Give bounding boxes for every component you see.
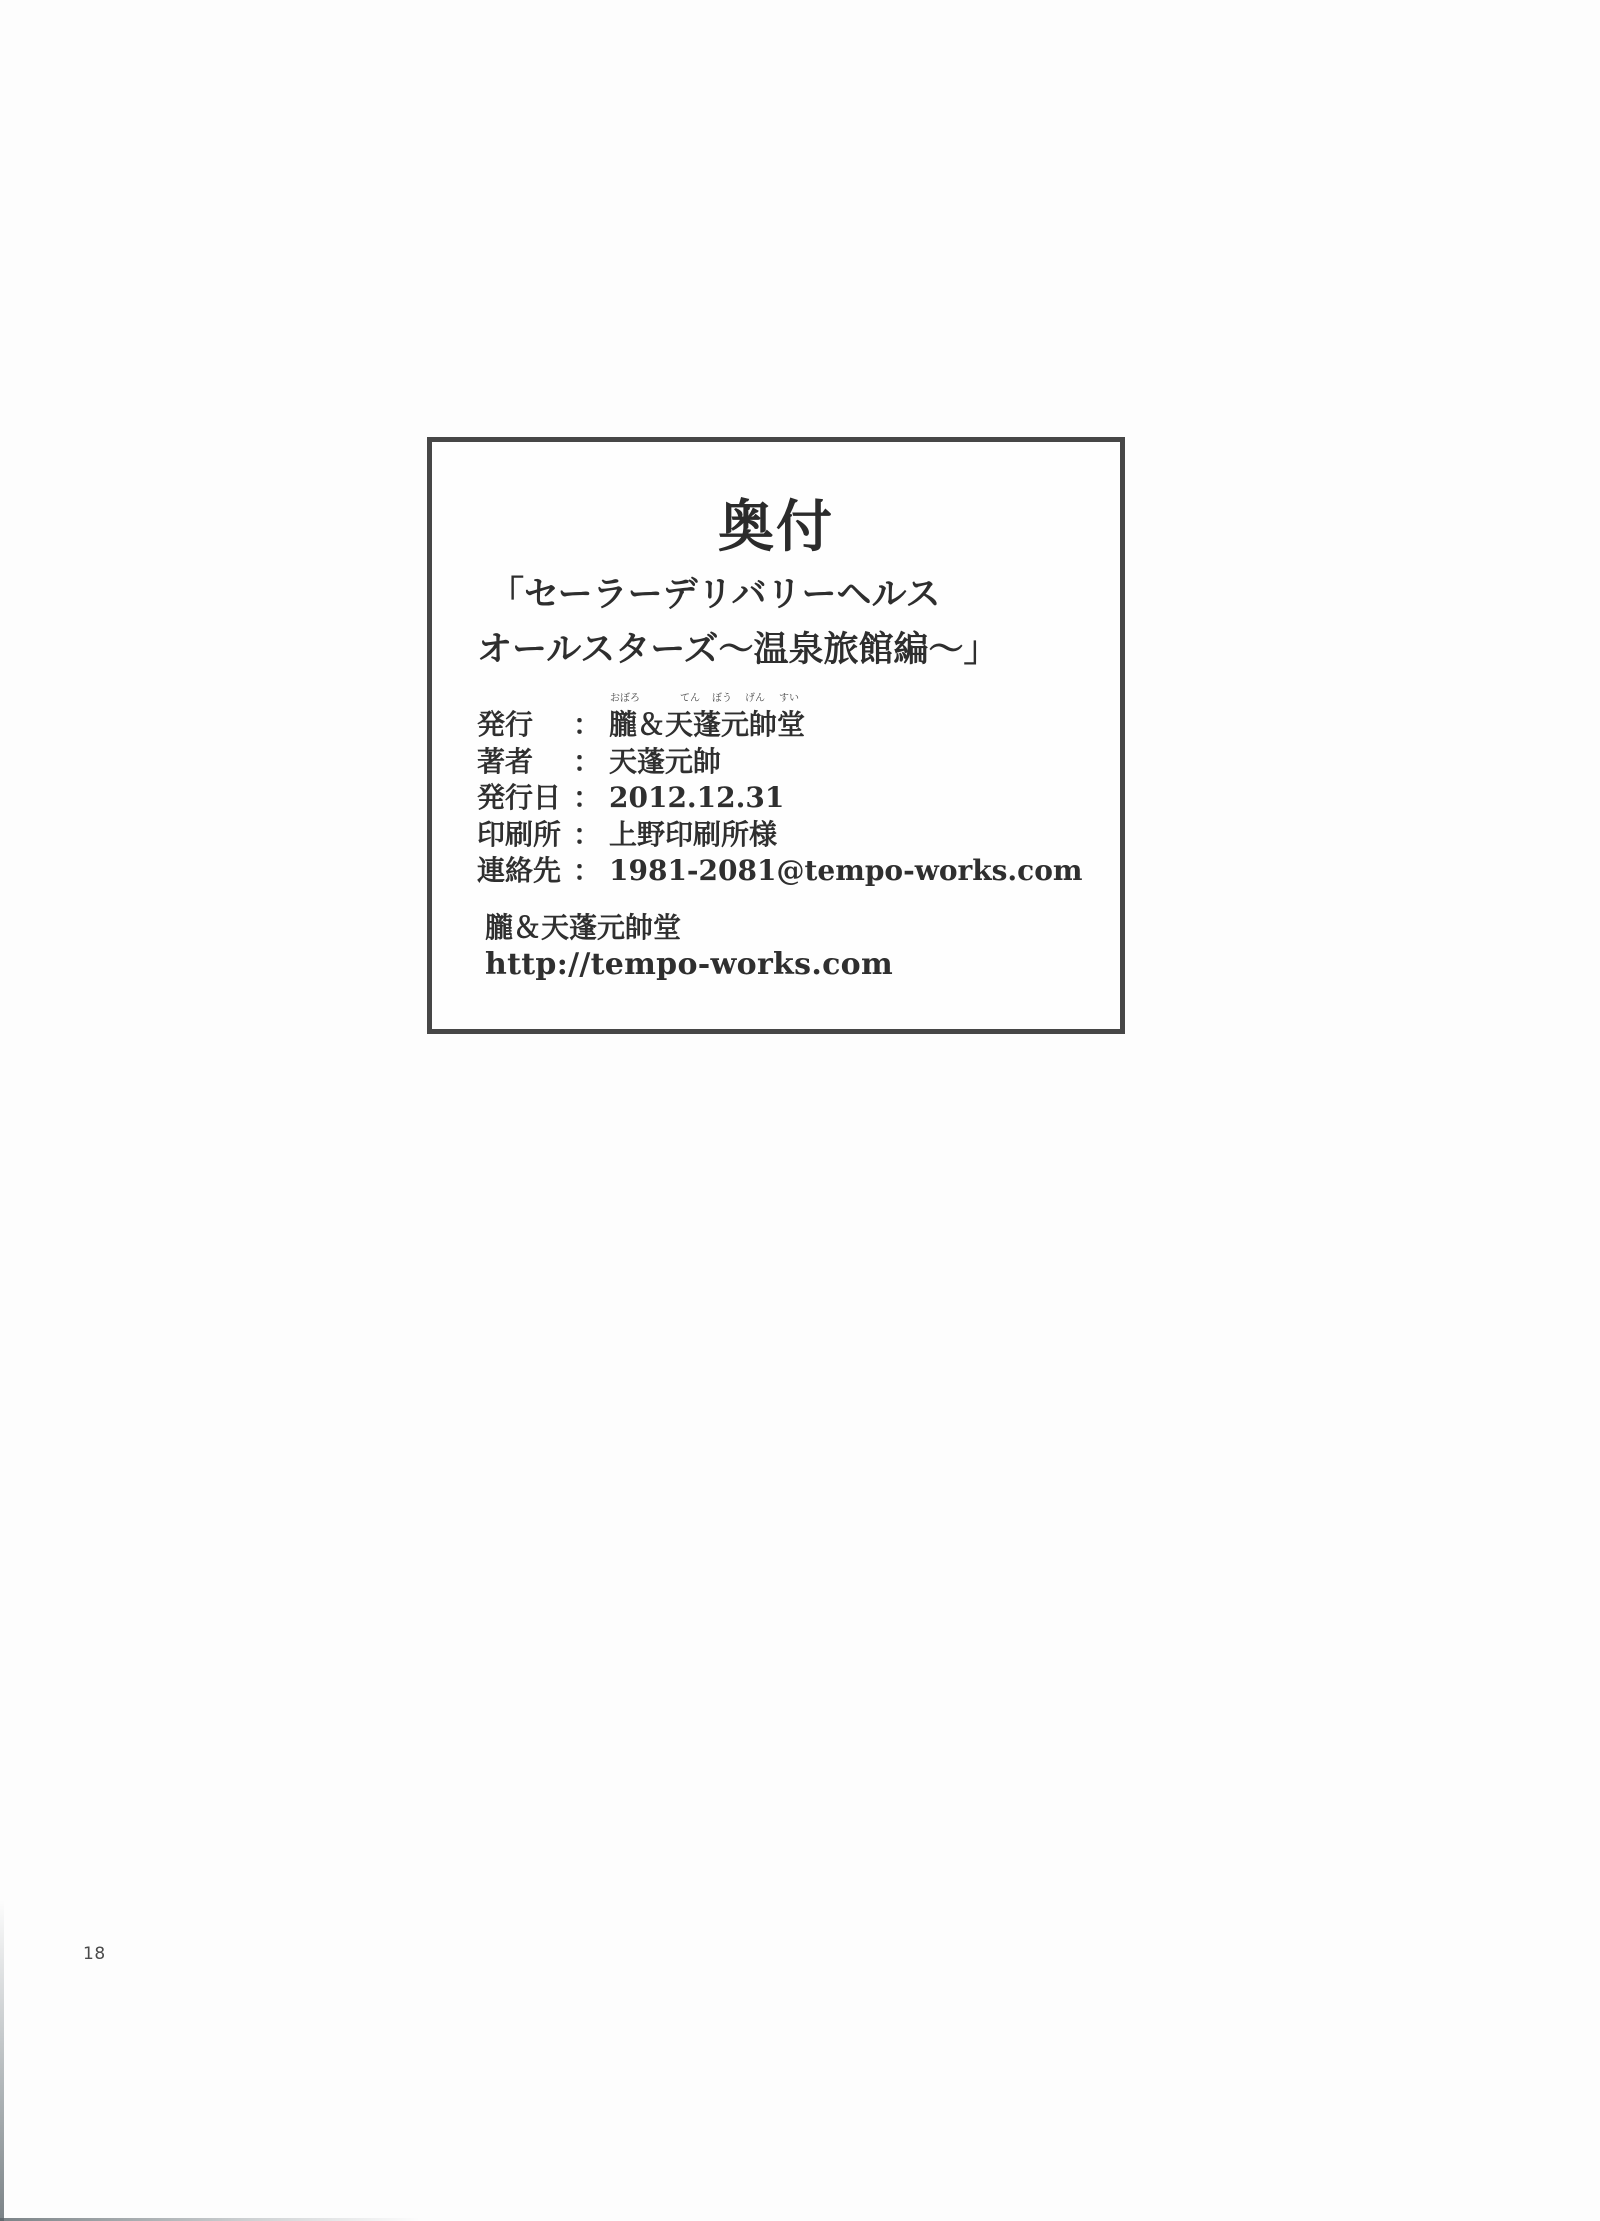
detail-row-author: 著者 ： 天蓬元帥 bbox=[477, 744, 1117, 781]
page-number: 18 bbox=[83, 1944, 106, 1964]
detail-colon: ： bbox=[565, 853, 609, 889]
furigana-row: おぼろ てん ぼう げん すい bbox=[477, 690, 1117, 707]
detail-value: 2012.12.31 bbox=[609, 780, 784, 816]
detail-value: 天蓬元帥 bbox=[609, 744, 721, 780]
detail-label: 発行日 bbox=[477, 780, 565, 816]
colophon-details: おぼろ てん ぼう げん すい 発行 ： 朧＆天蓬元帥堂 著者 ： 天蓬元帥 発… bbox=[477, 690, 1117, 890]
furigana-oboro: おぼろ bbox=[610, 690, 640, 707]
detail-label: 印刷所 bbox=[477, 817, 565, 853]
furigana-gen: げん bbox=[745, 690, 765, 707]
circle-name: 朧＆天蓬元帥堂 bbox=[485, 910, 893, 946]
scan-edge-shadow-left bbox=[0, 1900, 4, 2221]
detail-colon: ： bbox=[565, 817, 609, 853]
detail-row-printer: 印刷所 ： 上野印刷所様 bbox=[477, 817, 1117, 854]
detail-value: 朧＆天蓬元帥堂 bbox=[609, 707, 805, 743]
detail-label: 著者 bbox=[477, 744, 565, 780]
detail-label: 発行 bbox=[477, 707, 565, 743]
detail-colon: ： bbox=[565, 744, 609, 780]
detail-colon: ： bbox=[565, 707, 609, 743]
contact-email: 1981-2081@tempo-works.com bbox=[609, 853, 1083, 889]
colophon-box: 奥付 「セーラーデリバリーヘルス オールスターズ～温泉旅館編～」 おぼろ てん … bbox=[427, 437, 1125, 1034]
colophon-footer: 朧＆天蓬元帥堂 http://tempo-works.com bbox=[485, 910, 893, 984]
website-url: http://tempo-works.com bbox=[485, 946, 893, 984]
furigana-sui: すい bbox=[779, 690, 799, 707]
work-title-line-2: オールスターズ～温泉旅館編～」 bbox=[477, 630, 999, 670]
furigana-bou: ぼう bbox=[712, 690, 732, 707]
work-title-line-1: 「セーラーデリバリーヘルス bbox=[489, 575, 941, 615]
detail-colon: ： bbox=[565, 780, 609, 816]
detail-label: 連絡先 bbox=[477, 853, 565, 889]
detail-row-contact: 連絡先 ： 1981-2081@tempo-works.com bbox=[477, 853, 1117, 890]
detail-value: 上野印刷所様 bbox=[609, 817, 777, 853]
furigana-ten: てん bbox=[680, 690, 700, 707]
detail-row-publish-date: 発行日 ： 2012.12.31 bbox=[477, 780, 1117, 817]
detail-row-publisher: 発行 ： 朧＆天蓬元帥堂 bbox=[477, 707, 1117, 744]
colophon-content: 奥付 「セーラーデリバリーヘルス オールスターズ～温泉旅館編～」 おぼろ てん … bbox=[432, 442, 1120, 1029]
colophon-title: 奥付 bbox=[432, 494, 1120, 560]
